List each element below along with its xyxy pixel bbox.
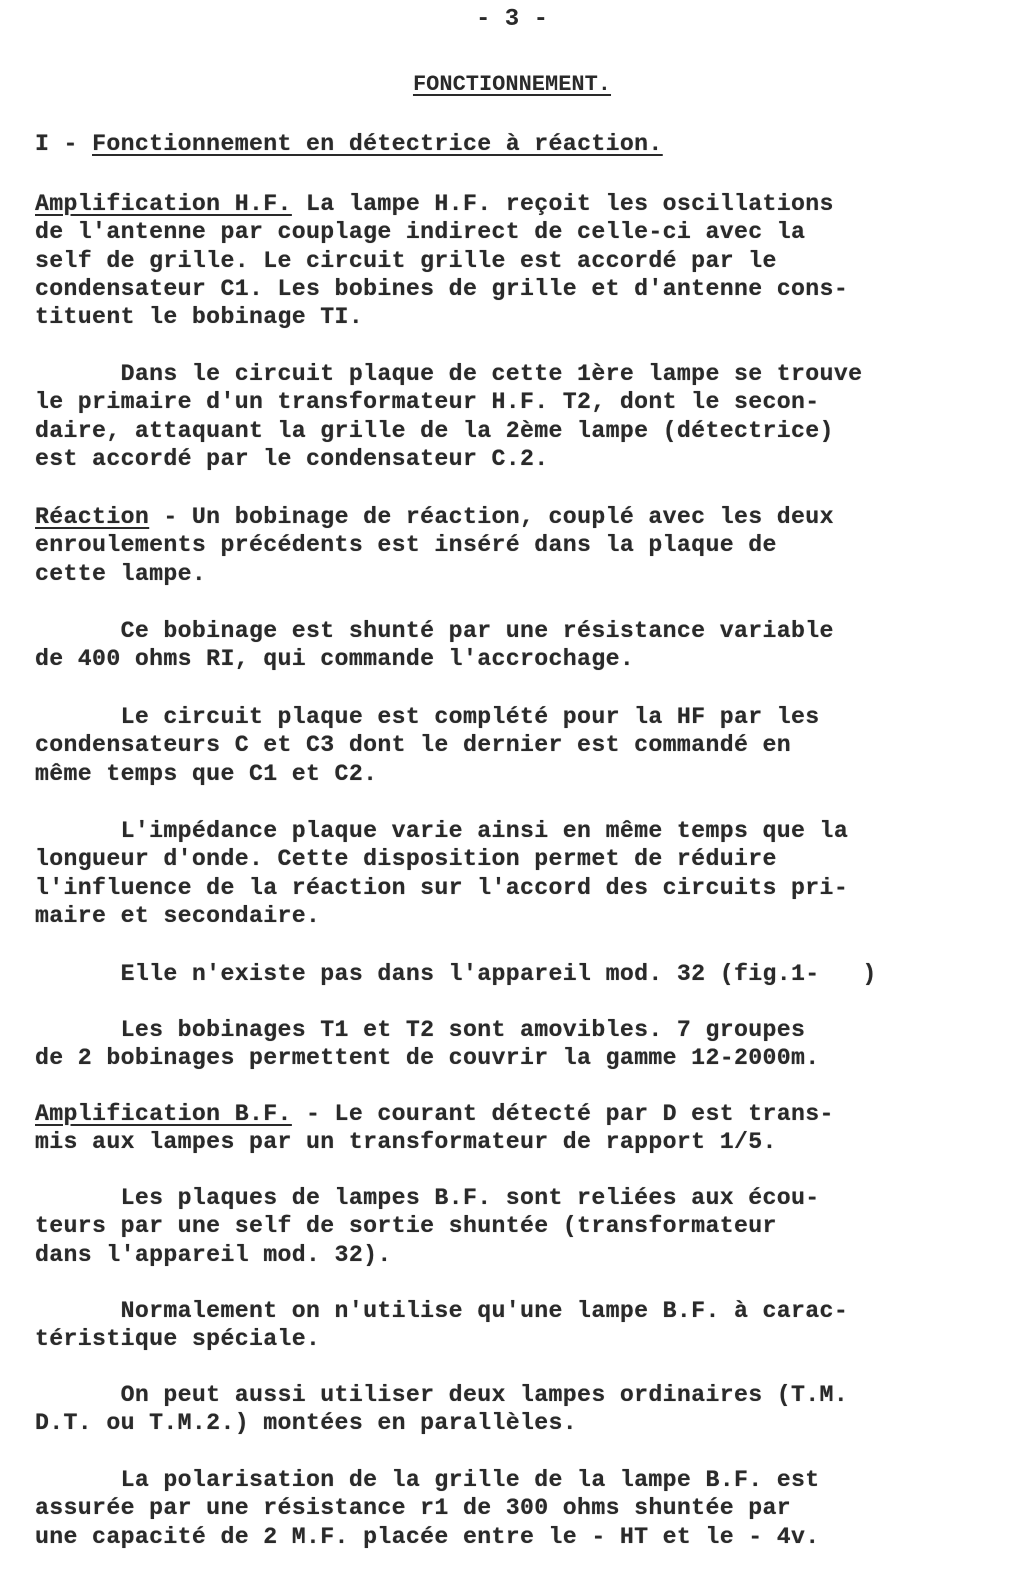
text-line: Ce bobinage est shunté par une résistanc… (35, 617, 834, 645)
text-line: est accordé par le condensateur C.2. (35, 445, 549, 473)
text-line: Amplification H.F. La lampe H.F. reçoit … (35, 190, 834, 218)
line-text: Le circuit plaque est complété pour la H… (35, 704, 820, 730)
line-text: - Le courant détecté par D est trans- (292, 1101, 834, 1127)
text-line: Amplification B.F. - Le courant détecté … (35, 1100, 834, 1128)
line-text: La lampe H.F. reçoit les oscillations (292, 191, 834, 217)
text-line: Les plaques de lampes B.F. sont reliées … (35, 1184, 820, 1212)
text-line: dans l'appareil mod. 32). (35, 1241, 392, 1269)
text-line: Elle n'existe pas dans l'appareil mod. 3… (35, 960, 877, 988)
text-line: l'influence de la réaction sur l'accord … (35, 874, 848, 902)
text-line: La polarisation de la grille de la lampe… (35, 1466, 820, 1494)
line-text: Les plaques de lampes B.F. sont reliées … (35, 1185, 820, 1211)
text-line: condensateur C1. Les bobines de grille e… (35, 275, 848, 303)
line-text: L'impédance plaque varie ainsi en même t… (35, 818, 848, 844)
line-text: La polarisation de la grille de la lampe… (35, 1467, 820, 1493)
text-line: enroulements précédents est inséré dans … (35, 531, 777, 559)
line-text: le primaire d'un transformateur H.F. T2,… (35, 389, 820, 415)
text-line: de l'antenne par couplage indirect de ce… (35, 218, 805, 246)
line-text: tituent le bobinage TI. (35, 304, 363, 330)
line-text: de 400 ohms RI, qui commande l'accrochag… (35, 646, 634, 672)
section-heading: I - Fonctionnement en détectrice à réact… (35, 130, 663, 158)
text-line: même temps que C1 et C2. (35, 760, 377, 788)
line-text: enroulements précédents est inséré dans … (35, 532, 777, 558)
text-line: assurée par une résistance r1 de 300 ohm… (35, 1494, 791, 1522)
text-line: une capacité de 2 M.F. placée entre le -… (35, 1523, 820, 1551)
line-text: de 2 bobinages permettent de couvrir la … (35, 1045, 820, 1071)
line-text: cette lampe. (35, 561, 206, 587)
line-text: longueur d'onde. Cette disposition perme… (35, 846, 777, 872)
text-line: D.T. ou T.M.2.) montées en parallèles. (35, 1409, 577, 1437)
line-text: Elle n'existe pas dans l'appareil mod. 3… (35, 961, 877, 987)
text-line: On peut aussi utiliser deux lampes ordin… (35, 1381, 848, 1409)
text-line: self de grille. Le circuit grille est ac… (35, 247, 777, 275)
text-line: de 400 ohms RI, qui commande l'accrochag… (35, 645, 634, 673)
text-line: le primaire d'un transformateur H.F. T2,… (35, 388, 820, 416)
document-page: - 3 - FONCTIONNEMENT. I - Fonctionnement… (0, 0, 1024, 1588)
line-text: condensateurs C et C3 dont le dernier es… (35, 732, 791, 758)
paragraph-heading: Réaction (35, 504, 149, 530)
paragraph-heading: Amplification H.F. (35, 191, 292, 217)
line-text: une capacité de 2 M.F. placée entre le -… (35, 1524, 820, 1550)
text-line: condensateurs C et C3 dont le dernier es… (35, 731, 791, 759)
line-text: Dans le circuit plaque de cette 1ère lam… (35, 361, 862, 387)
text-line: cette lampe. (35, 560, 206, 588)
line-text: mis aux lampes par un transformateur de … (35, 1129, 777, 1155)
text-line: tituent le bobinage TI. (35, 303, 363, 331)
line-text: Ce bobinage est shunté par une résistanc… (35, 618, 834, 644)
text-line: maire et secondaire. (35, 902, 320, 930)
text-line: mis aux lampes par un transformateur de … (35, 1128, 777, 1156)
text-line: daire, attaquant la grille de la 2ème la… (35, 417, 834, 445)
line-text: est accordé par le condensateur C.2. (35, 446, 549, 472)
section-heading-underlined: Fonctionnement en détectrice à réaction. (92, 131, 663, 157)
text-line: Réaction - Un bobinage de réaction, coup… (35, 503, 834, 531)
document-title: FONCTIONNEMENT. (0, 72, 1024, 97)
text-line: teurs par une self de sortie shuntée (tr… (35, 1212, 777, 1240)
text-line: longueur d'onde. Cette disposition perme… (35, 845, 777, 873)
text-line: Dans le circuit plaque de cette 1ère lam… (35, 360, 862, 388)
line-text: self de grille. Le circuit grille est ac… (35, 248, 777, 274)
line-text: condensateur C1. Les bobines de grille e… (35, 276, 848, 302)
line-text: daire, attaquant la grille de la 2ème la… (35, 418, 834, 444)
line-text: assurée par une résistance r1 de 300 ohm… (35, 1495, 791, 1521)
title-text: FONCTIONNEMENT. (413, 72, 611, 97)
line-text: Les bobinages T1 et T2 sont amovibles. 7… (35, 1017, 805, 1043)
line-text: - Un bobinage de réaction, couplé avec l… (149, 504, 834, 530)
line-text: l'influence de la réaction sur l'accord … (35, 875, 848, 901)
line-text: maire et secondaire. (35, 903, 320, 929)
text-line: de 2 bobinages permettent de couvrir la … (35, 1044, 820, 1072)
line-text: téristique spéciale. (35, 1326, 320, 1352)
text-line: téristique spéciale. (35, 1325, 320, 1353)
text-line: Normalement on n'utilise qu'une lampe B.… (35, 1297, 848, 1325)
line-text: teurs par une self de sortie shuntée (tr… (35, 1213, 777, 1239)
line-text: On peut aussi utiliser deux lampes ordin… (35, 1382, 848, 1408)
line-text: D.T. ou T.M.2.) montées en parallèles. (35, 1410, 577, 1436)
line-text: dans l'appareil mod. 32). (35, 1242, 392, 1268)
text-line: Les bobinages T1 et T2 sont amovibles. 7… (35, 1016, 805, 1044)
paragraph-heading: Amplification B.F. (35, 1101, 292, 1127)
text-line: L'impédance plaque varie ainsi en même t… (35, 817, 848, 845)
line-text: Normalement on n'utilise qu'une lampe B.… (35, 1298, 848, 1324)
line-text: de l'antenne par couplage indirect de ce… (35, 219, 805, 245)
line-text: même temps que C1 et C2. (35, 761, 377, 787)
section-heading-text: I - Fonctionnement en détectrice à réact… (35, 131, 663, 157)
text-line: Le circuit plaque est complété pour la H… (35, 703, 820, 731)
page-number: - 3 - (0, 6, 1024, 33)
